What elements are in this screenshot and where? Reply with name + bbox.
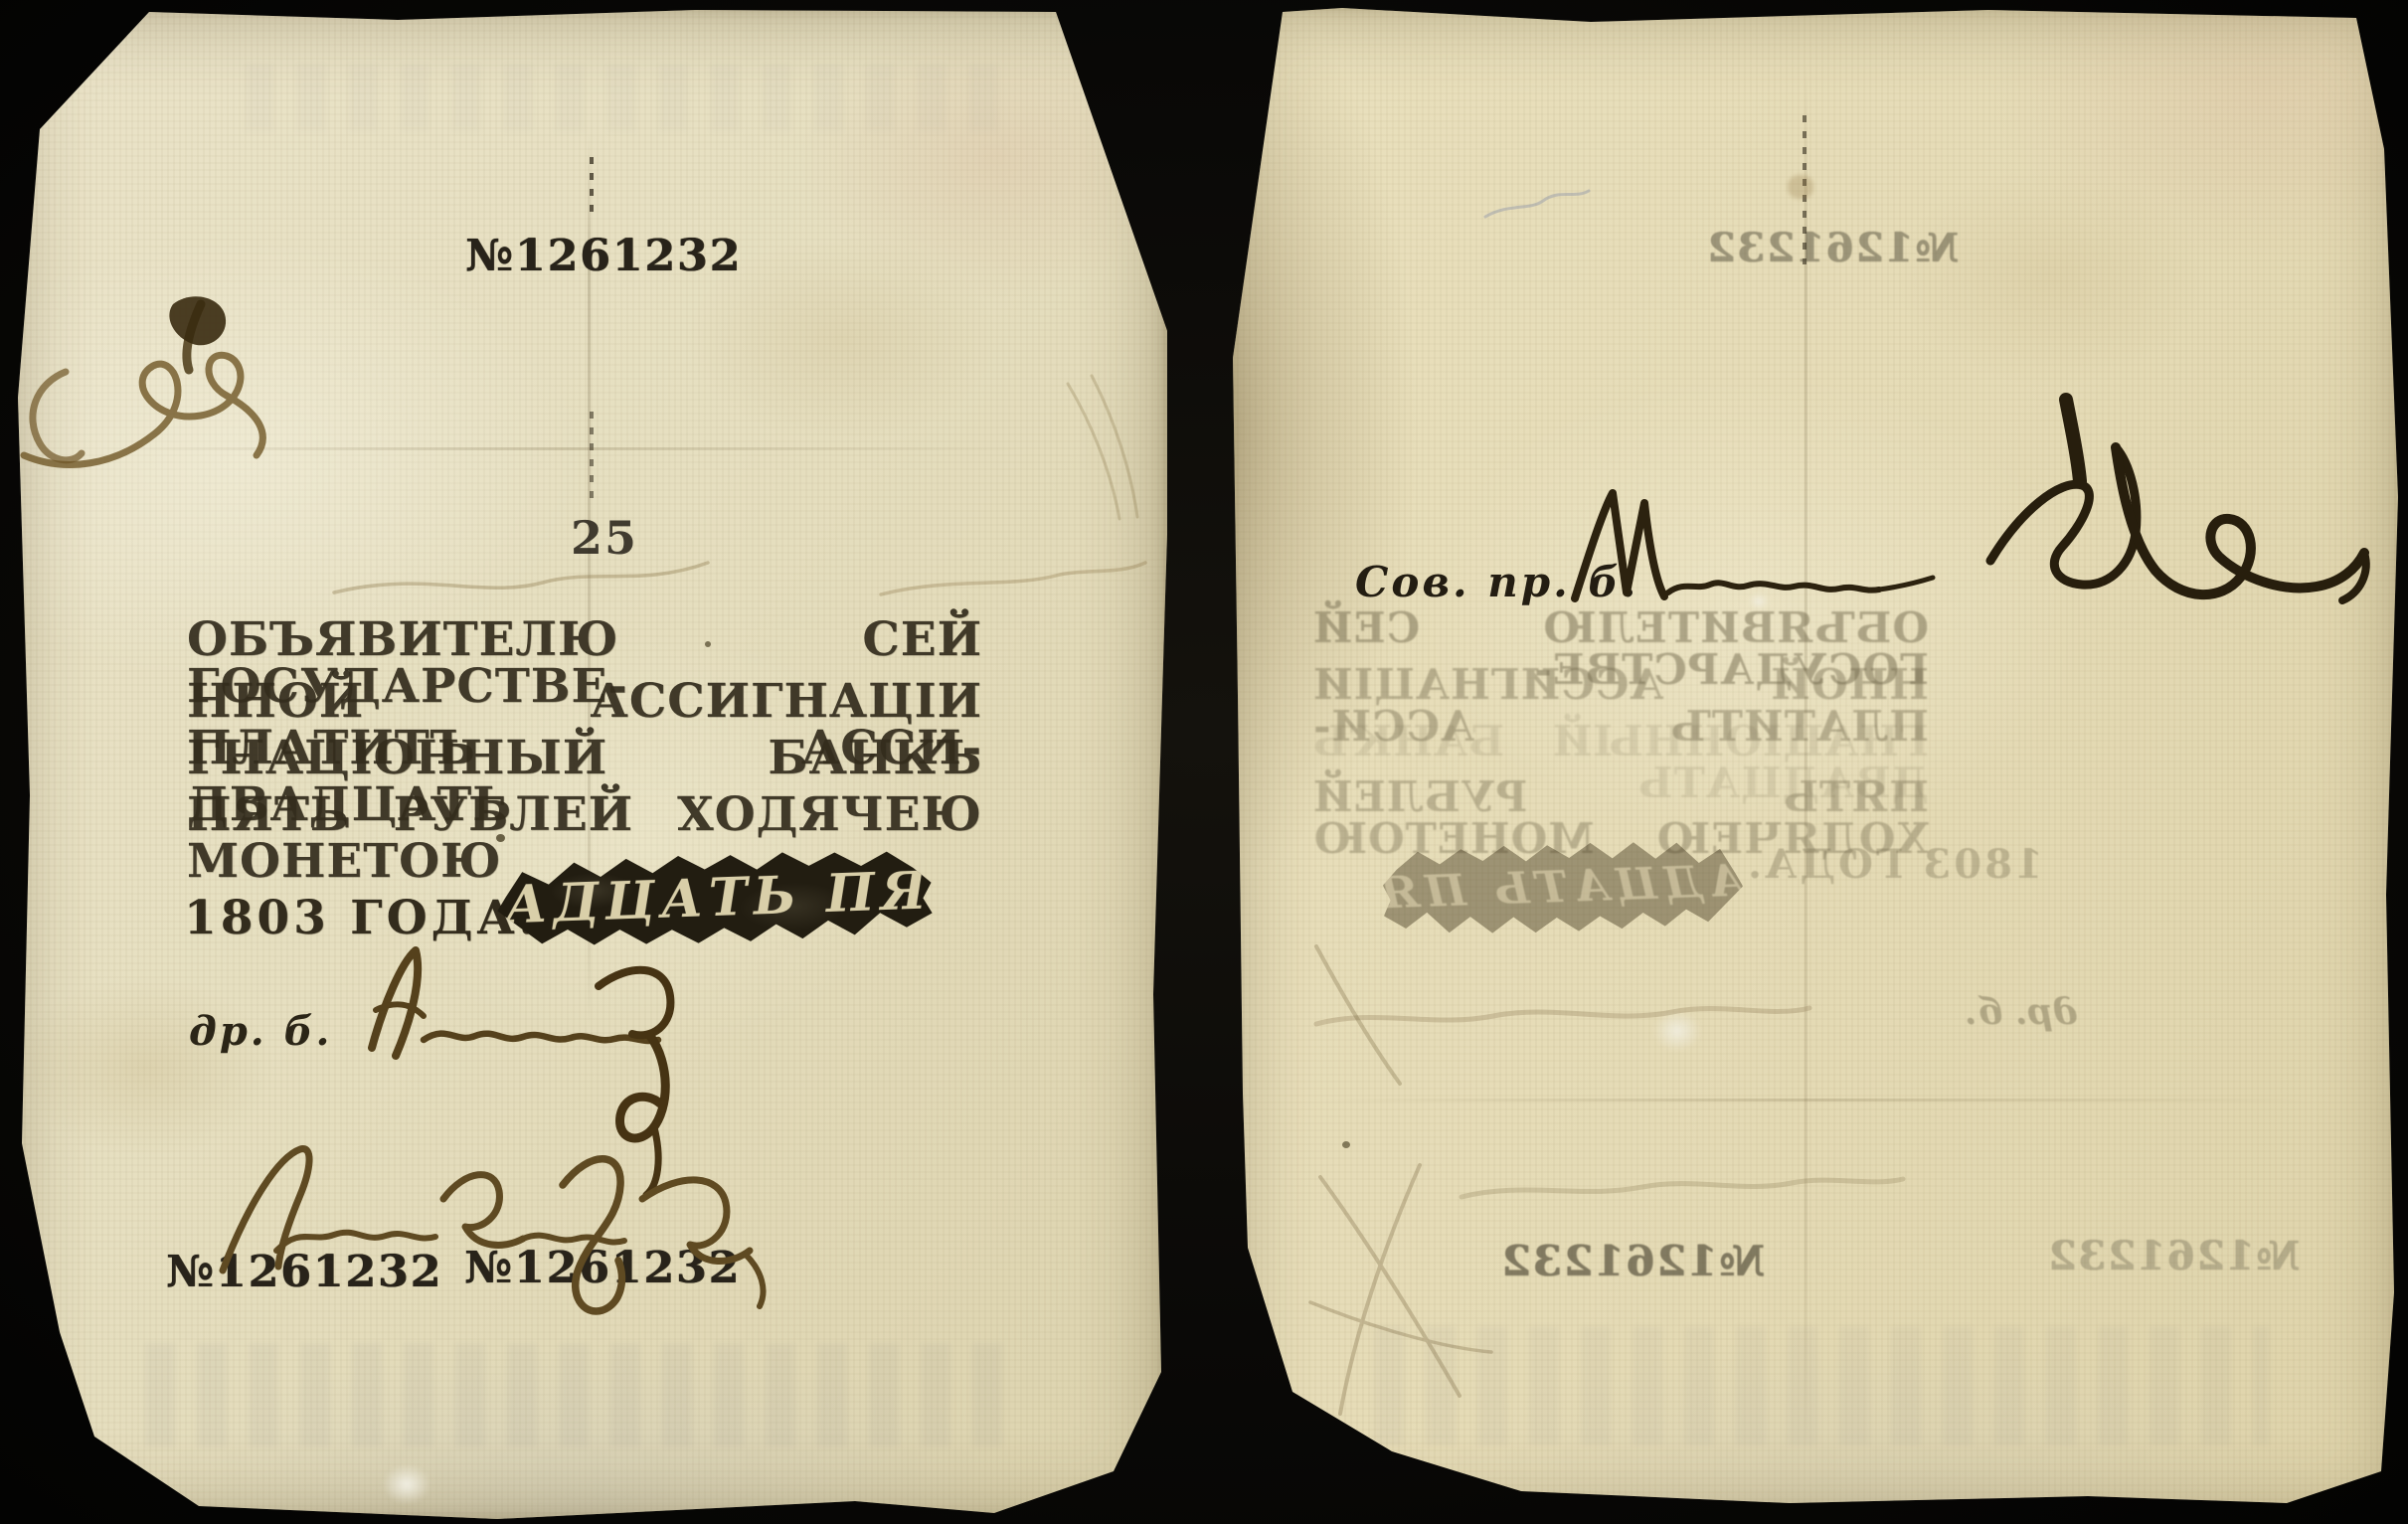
back-bleed-serial-bottom-left: №1261232 xyxy=(1500,1237,1765,1285)
front-faint-pen-line xyxy=(334,563,708,593)
front-horizontal-crease xyxy=(95,447,1030,450)
back-paper-fleck xyxy=(1744,589,1774,614)
back-bleed-year-line: 1803 ГОДА. xyxy=(1745,841,2043,888)
front-serial-top: №1261232 xyxy=(465,231,742,281)
front-ink-speck-1 xyxy=(705,641,711,647)
front-paper-damage-patch xyxy=(372,1455,441,1513)
front-top-watermark-ghost xyxy=(245,64,1000,133)
back-bottom-watermark-ghost xyxy=(1374,1326,2269,1445)
back-bleed-serial-top: №1261232 xyxy=(1706,225,1959,271)
back-blue-pen-trace xyxy=(1485,191,1589,217)
back-bleed-signature-1 xyxy=(1316,1008,1809,1024)
back-horizontal-crease xyxy=(1314,1099,2309,1101)
front-small-denomination: 25 xyxy=(571,511,638,565)
back-bleed-signature-2 xyxy=(1462,1179,1903,1197)
front-fold-stitch-upper xyxy=(590,157,594,215)
front-signer-prefix: др. б. xyxy=(189,1008,332,1055)
photo-black-background: №1261232 25 ОБЪЯВИТЕЛЮ СЕЙ ГОСУДАРСТВЕ- … xyxy=(0,0,2408,1524)
assignat-front-note: №1261232 25 ОБЪЯВИТЕЛЮ СЕЙ ГОСУДАРСТВЕ- … xyxy=(6,6,1167,1521)
front-bottom-watermark-ghost xyxy=(145,1343,1020,1447)
back-paper-damage-patch xyxy=(1642,1001,1712,1061)
back-bleed-serial-bottom-right: №1261232 xyxy=(2047,1233,2300,1279)
front-serial-bottom-left: №1261232 xyxy=(166,1247,442,1297)
back-stain-spot-1 xyxy=(1788,175,1813,199)
back-signer-prefix: Сов. пр. б. xyxy=(1355,558,1638,606)
front-ink-speck-2 xyxy=(496,834,505,842)
front-fold-stitch-lower xyxy=(590,412,594,503)
front-serial-bottom-center: №1261232 xyxy=(464,1243,741,1293)
back-ink-paraph xyxy=(1990,400,2366,600)
back-stain-spot-2 xyxy=(1342,1141,1350,1148)
back-bleed-signer-prefix: др. б. xyxy=(1965,991,2078,1033)
front-signature-director xyxy=(372,950,670,1195)
assignat-back-note: №1261232 Сов. пр. б. ОБЪЯВИТЕЛЮ СЕЙ ГОСУ… xyxy=(1225,4,2404,1521)
front-year-line: 1803 ГОДА. xyxy=(184,891,539,945)
